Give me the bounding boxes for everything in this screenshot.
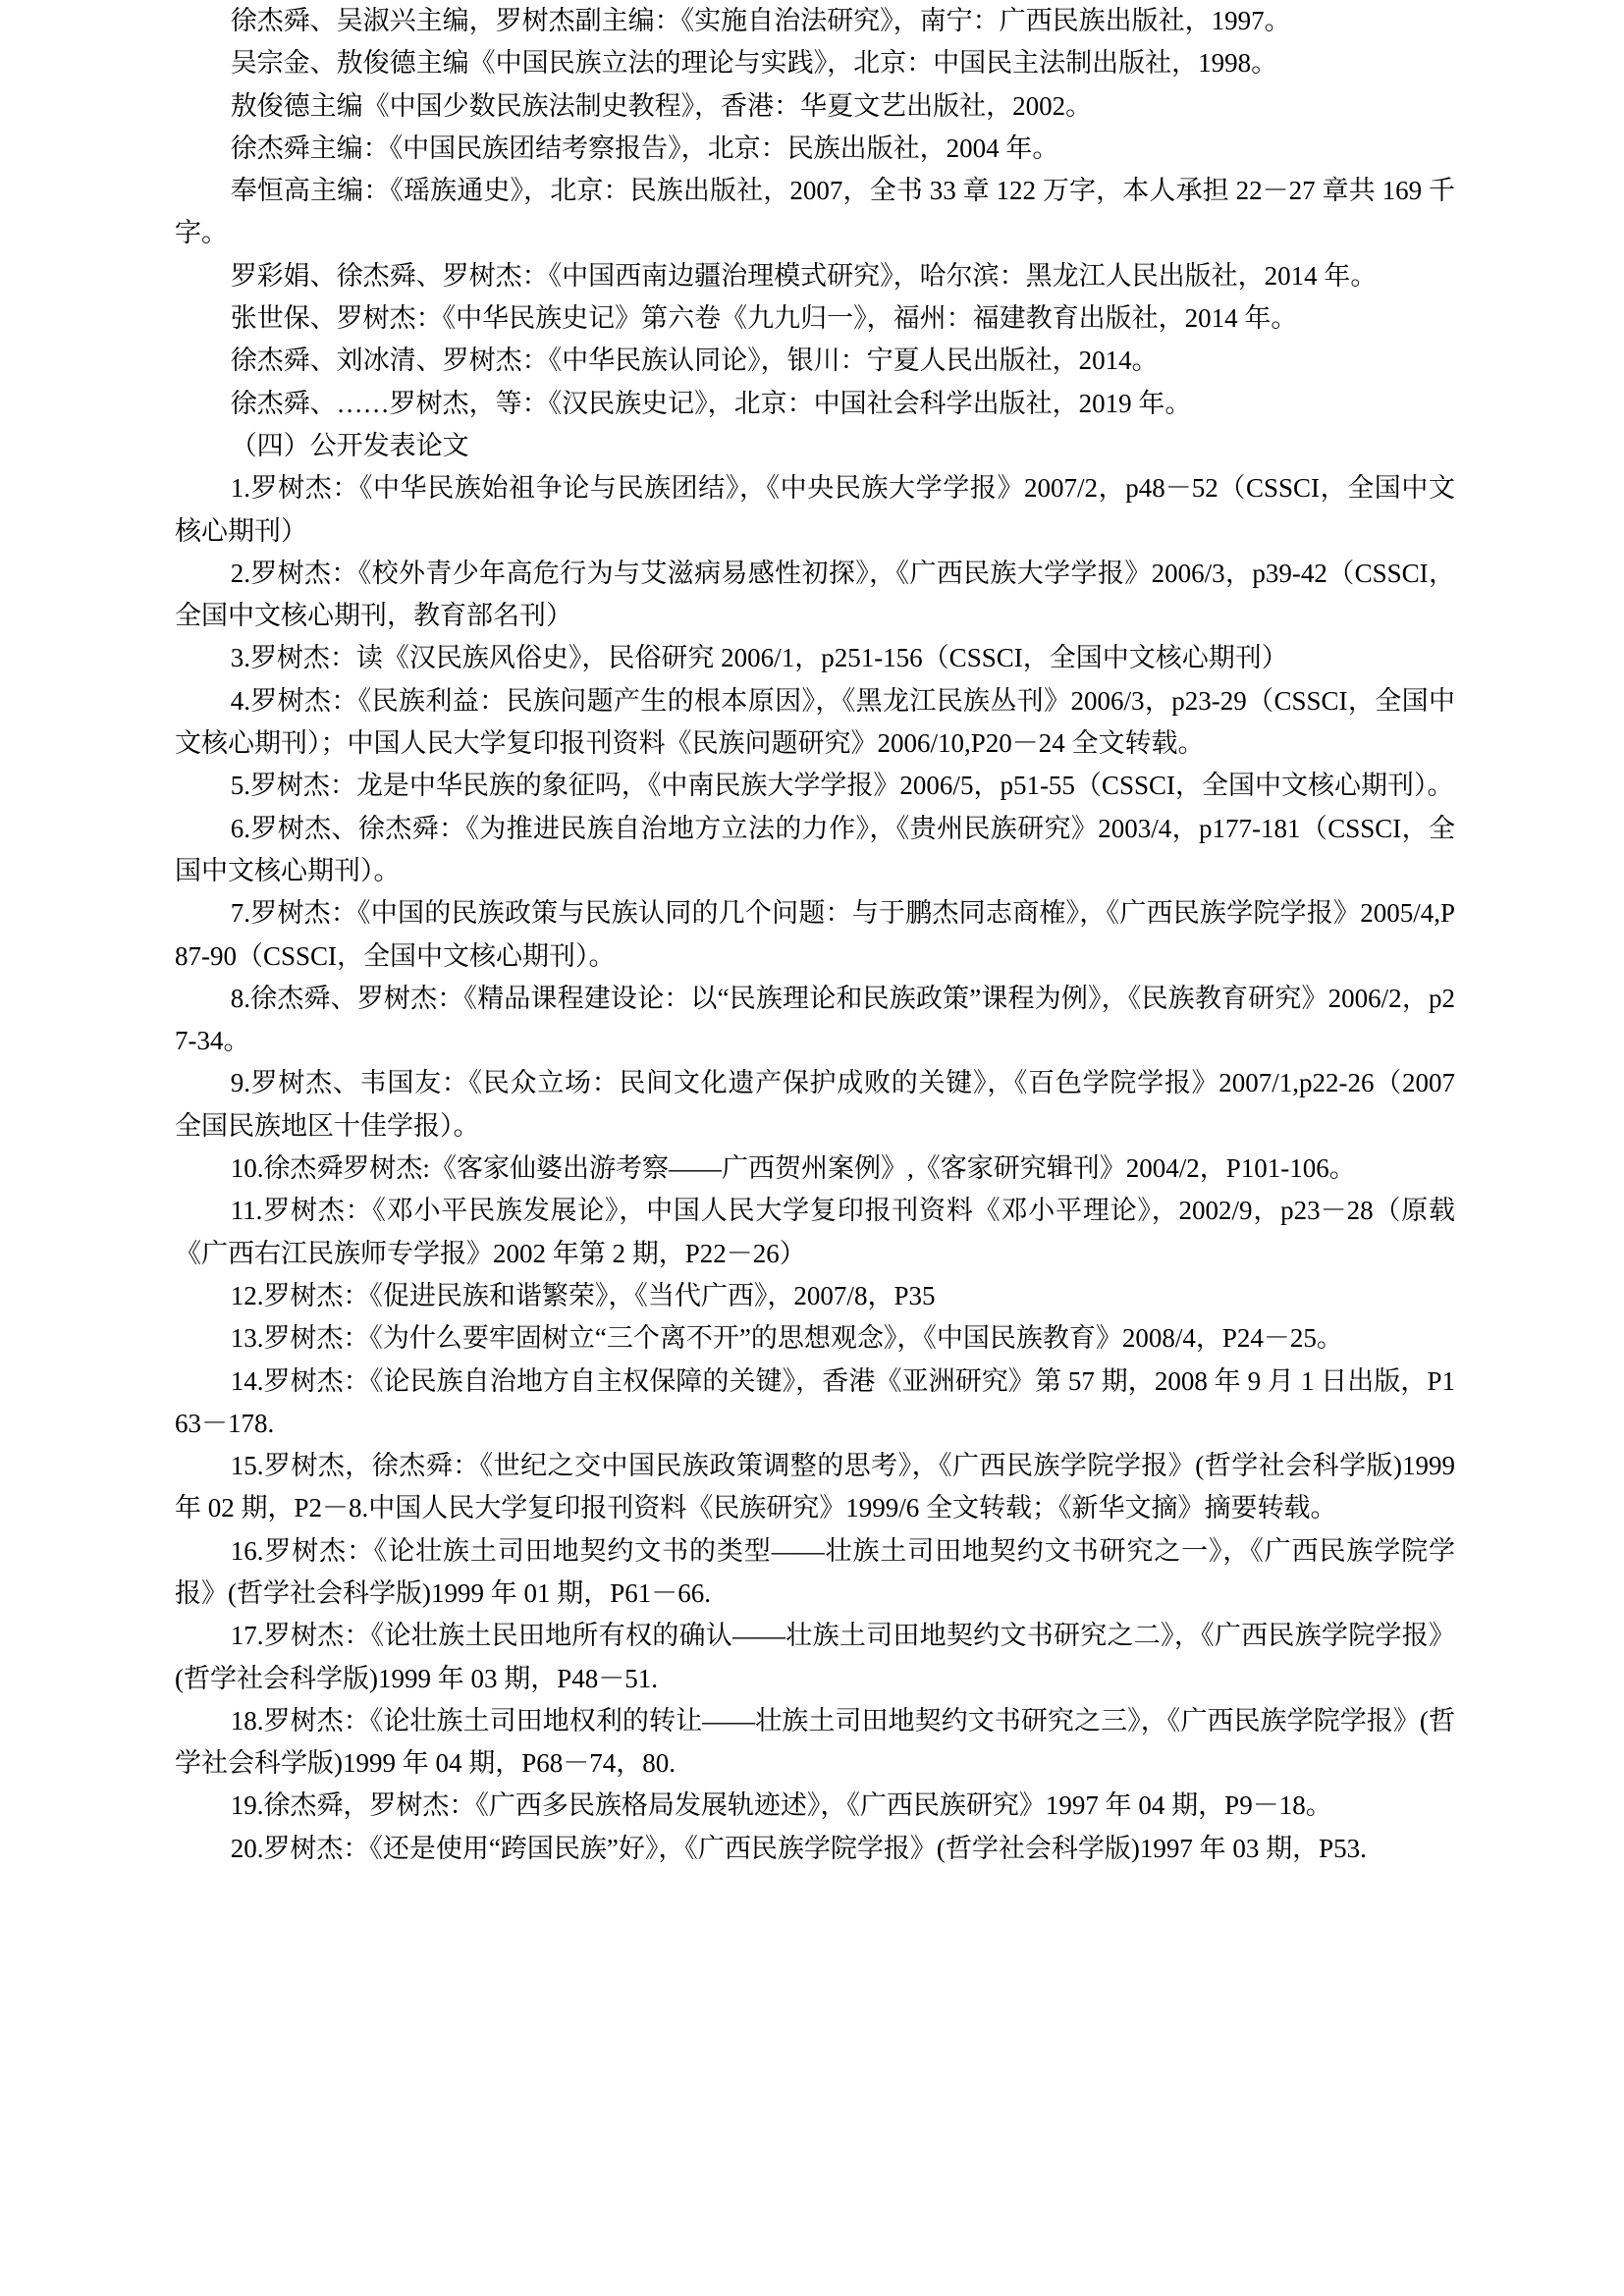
- article-publication-entry: 7.罗树杰：《中国的民族政策与民族认同的几个问题：与于鹏杰同志商榷》，《广西民族…: [175, 892, 1455, 978]
- article-publication-entry: 16.罗树杰：《论壮族土司田地契约文书的类型——壮族土司田地契约文书研究之一》，…: [175, 1530, 1455, 1616]
- article-publication-entry: 18.罗树杰：《论壮族土司田地权利的转让——壮族土司田地契约文书研究之三》，《广…: [175, 1700, 1455, 1786]
- book-publication-entry: 奉恒高主编：《瑶族通史》，北京：民族出版社，2007，全书 33 章 122 万…: [175, 170, 1455, 255]
- book-publication-entry: 徐杰舜主编：《中国民族团结考察报告》，北京：民族出版社，2004 年。: [175, 128, 1455, 170]
- article-publication-entry: 19.徐杰舜，罗树杰：《广西多民族格局发展轨迹述》，《广西民族研究》1997 年…: [175, 1785, 1455, 1827]
- book-publication-entry: 吴宗金、敖俊德主编《中国民族立法的理论与实践》，北京：中国民主法制出版社，199…: [175, 42, 1455, 84]
- article-publication-entry: 4.罗树杰：《民族利益：民族问题产生的根本原因》，《黑龙江民族丛刊》2006/3…: [175, 680, 1455, 766]
- section-heading: （四）公开发表论文: [175, 425, 1455, 467]
- article-publication-entry: 5.罗树杰：龙是中华民族的象征吗，《中南民族大学学报》2006/5，p51-55…: [175, 765, 1455, 807]
- article-publication-entry: 20.罗树杰：《还是使用“跨国民族”好》，《广西民族学院学报》(哲学社会科学版)…: [175, 1828, 1455, 1870]
- article-publication-entry: 13.罗树杰：《为什么要牢固树立“三个离不开”的思想观念》，《中国民族教育》20…: [175, 1317, 1455, 1360]
- article-publication-entry: 8.徐杰舜、罗树杰：《精品课程建设论：以“民族理论和民族政策”课程为例》，《民族…: [175, 978, 1455, 1063]
- book-publication-entry: 徐杰舜、刘冰清、罗树杰：《中华民族认同论》，银川：宁夏人民出版社，2014。: [175, 340, 1455, 382]
- article-publication-entry: 3.罗树杰：读《汉民族风俗史》，民俗研究 2006/1，p251-156（CSS…: [175, 637, 1455, 679]
- article-publication-entry: 17.罗树杰：《论壮族土民田地所有权的确认——壮族土司田地契约文书研究之二》，《…: [175, 1615, 1455, 1700]
- book-publication-entry: 敖俊德主编《中国少数民族法制史教程》，香港：华夏文艺出版社，2002。: [175, 85, 1455, 128]
- article-publication-entry: 12.罗树杰：《促进民族和谐繁荣》，《当代广西》，2007/8，P35: [175, 1275, 1455, 1317]
- article-publication-entry: 14.罗树杰：《论民族自治地方自主权保障的关键》，香港《亚洲研究》第 57 期，…: [175, 1361, 1455, 1446]
- book-publication-entry: 徐杰舜、……罗树杰，等：《汉民族史记》，北京：中国社会科学出版社，2019 年。: [175, 383, 1455, 425]
- article-publication-entry: 9.罗树杰、韦国友：《民众立场：民间文化遗产保护成败的关键》，《百色学院学报》2…: [175, 1062, 1455, 1148]
- document-page: 徐杰舜、吴淑兴主编，罗树杰副主编：《实施自治法研究》，南宁：广西民族出版社，19…: [0, 0, 1624, 2296]
- article-publication-entry: 2.罗树杰：《校外青少年高危行为与艾滋病易感性初探》，《广西民族大学学报》200…: [175, 553, 1455, 638]
- book-publication-entry: 张世保、罗树杰：《中华民族史记》第六卷《九九归一》，福州：福建教育出版社，201…: [175, 297, 1455, 340]
- book-publication-list: 徐杰舜、吴淑兴主编，罗树杰副主编：《实施自治法研究》，南宁：广西民族出版社，19…: [175, 0, 1455, 425]
- article-publication-entry: 15.罗树杰，徐杰舜：《世纪之交中国民族政策调整的思考》，《广西民族学院学报》(…: [175, 1445, 1455, 1530]
- article-publication-entry: 1.罗树杰：《中华民族始祖争论与民族团结》，《中央民族大学学报》2007/2，p…: [175, 467, 1455, 553]
- book-publication-entry: 徐杰舜、吴淑兴主编，罗树杰副主编：《实施自治法研究》，南宁：广西民族出版社，19…: [175, 0, 1455, 42]
- article-publication-list: 1.罗树杰：《中华民族始祖争论与民族团结》，《中央民族大学学报》2007/2，p…: [175, 467, 1455, 1870]
- article-publication-entry: 6.罗树杰、徐杰舜：《为推进民族自治地方立法的力作》，《贵州民族研究》2003/…: [175, 808, 1455, 893]
- article-publication-entry: 11.罗树杰：《邓小平民族发展论》，中国人民大学复印报刊资料《邓小平理论》，20…: [175, 1190, 1455, 1275]
- book-publication-entry: 罗彩娟、徐杰舜、罗树杰：《中国西南边疆治理模式研究》，哈尔滨：黑龙江人民出版社，…: [175, 255, 1455, 297]
- article-publication-entry: 10.徐杰舜罗树杰:《客家仙婆出游考察——广西贺州案例》,《客家研究辑刊》200…: [175, 1148, 1455, 1190]
